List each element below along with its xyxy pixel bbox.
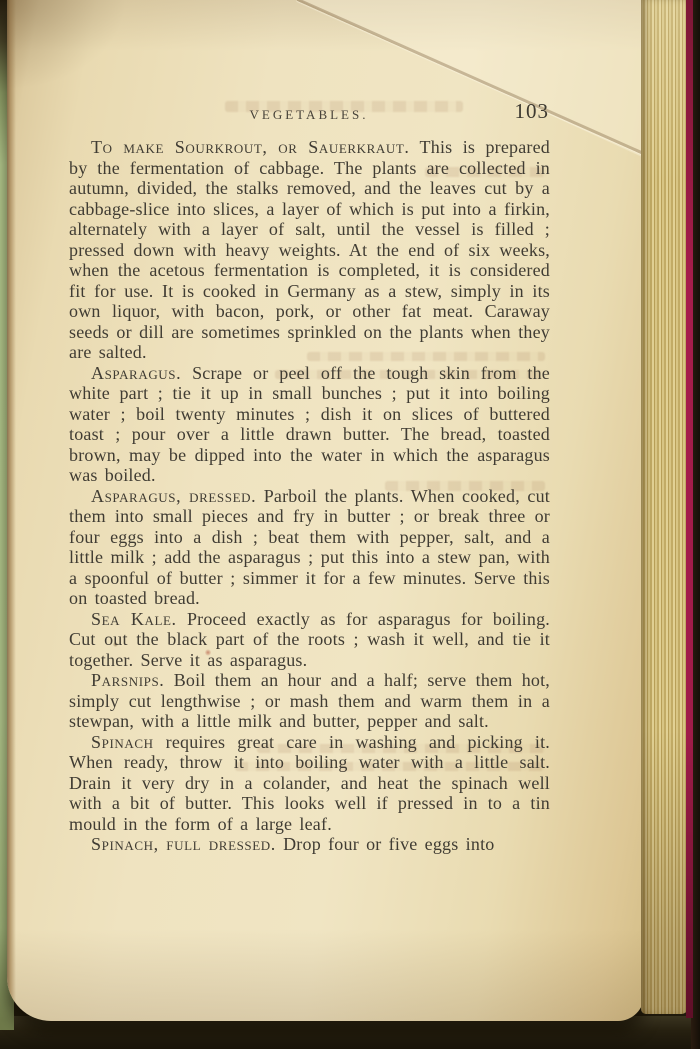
page-header: VEGETABLES. 103	[69, 99, 549, 129]
paragraph-head: Asparagus, dressed.	[91, 486, 256, 506]
body-text: To make Sourkrout, or Sauerkraut. This i…	[69, 137, 550, 855]
paragraph-head: Asparagus.	[91, 363, 181, 383]
paragraph: Asparagus. Scrape or peel off the tough …	[69, 363, 550, 486]
paragraph: Spinach requires great care in washing a…	[69, 732, 550, 835]
page-stack-fore-edge	[641, 0, 689, 1014]
running-title: VEGETABLES.	[69, 107, 549, 123]
book-page: VEGETABLES. 103 To make Sourkrout, or Sa…	[7, 0, 644, 1021]
paragraph-head: Parsnips.	[91, 670, 164, 690]
paragraph: Parsnips. Boil them an hour and a half; …	[69, 670, 550, 732]
paragraph-head: Sea Kale.	[91, 609, 177, 629]
paragraph: Spinach, full dressed. Drop four or five…	[69, 834, 550, 855]
paragraph-body: Drop four or five eggs into	[283, 834, 494, 854]
paragraph-body: This is prepared by the fermentation of …	[69, 137, 550, 362]
paragraph: Sea Kale. Proceed exactly as for asparag…	[69, 609, 550, 671]
open-book-photo: VEGETABLES. 103 To make Sourkrout, or Sa…	[0, 0, 700, 1049]
paragraph: To make Sourkrout, or Sauerkraut. This i…	[69, 137, 550, 363]
crimson-page-edge	[686, 0, 693, 1018]
paragraph-head: Spinach	[91, 732, 154, 752]
paragraph: Asparagus, dressed. Parboil the plants. …	[69, 486, 550, 609]
page-crease	[297, 0, 644, 156]
paragraph-head: Spinach, full dressed.	[91, 834, 276, 854]
page-number: 103	[515, 99, 550, 124]
paragraph-head: To make Sourkrout, or Sauerkraut.	[91, 137, 410, 157]
